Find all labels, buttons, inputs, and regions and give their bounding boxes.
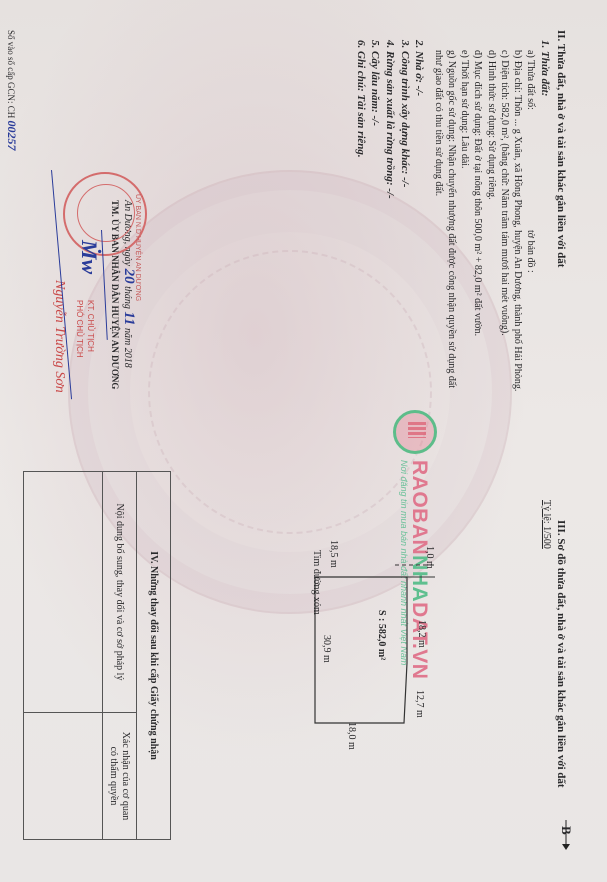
confirm-cell (24, 713, 103, 840)
parcel-heading: 1. Thửa đất: (539, 40, 551, 96)
dim-right-upper: 18,2 m (416, 620, 427, 648)
perennial-item: 5. Cây lâu năm: -/- (369, 40, 381, 126)
usage-origin: g) Nguồn gốc sử dụng: Nhận chuyển nhượng… (446, 50, 457, 388)
north-arrow: B (552, 820, 572, 850)
address: b) Địa chỉ: Thôn ... g Xuân, xã Hồng Pho… (512, 50, 523, 391)
certificate-page: II. Thửa đất, nhà ở và tài sản khác gắn … (0, 0, 607, 882)
section2-heading: II. Thửa đất, nhà ở và tài sản khác gắn … (555, 30, 567, 267)
watermark-logo-icon (393, 410, 437, 454)
forest-item: 4. Rừng sản xuất là rừng trồng: -/- (384, 40, 396, 199)
signature-mark: Ṁw (76, 240, 102, 274)
background-emblem-inner (148, 250, 432, 534)
sign-role1: KT. CHỦ TỊCH (86, 300, 95, 352)
road-label: Tim đường xóm (311, 550, 322, 615)
dim-offset: 1,0 m (424, 546, 435, 569)
construction-item: 3. Công trình xây dựng khác: -/- (399, 40, 411, 187)
registry-number: Số vào sổ cấp GCN: CH 00257 (4, 30, 19, 151)
note-item: 6. Ghi chú: Tài sản riêng. (355, 40, 367, 158)
north-label: B (558, 826, 574, 835)
section4-heading: IV. Những thay đổi sau khi cấp Giấy chứn… (137, 472, 171, 840)
usage-purpose: đ) Mục đích sử dụng: Đất ở tại nông thôn… (472, 50, 483, 336)
col-confirm-line1: Xác nhận của cơ quan (121, 732, 132, 821)
registry-value: 00257 (5, 121, 19, 151)
usage-term: e) Thời hạn sử dụng: Lâu dài. (459, 50, 470, 169)
stamp-text: ỦY BAN N.D HUYỆN AN DƯƠNG (134, 194, 141, 301)
parcel-number: a) Thửa đất số: (525, 50, 536, 110)
dim-top: 18,5 m (328, 540, 339, 568)
dim-bottom: 18,0 m (346, 722, 357, 750)
dim-left: 30,9 m (321, 635, 332, 663)
usage-form: d) Hình thức sử dụng: Sử dụng riêng. (486, 50, 497, 200)
usage-origin-cont: như giao đất có thu tiền sử dụng đất. (433, 50, 444, 196)
col-confirm-header: Xác nhận của cơ quan có thẩm quyền (103, 713, 137, 840)
scale-label: Tỷ lệ: 1/500 (541, 500, 552, 549)
registry-label: Số vào sổ cấp GCN: CH (6, 30, 16, 118)
month-label: tháng (122, 286, 133, 309)
sign-role2: PHÓ CHỦ TỊCH (75, 300, 84, 358)
house-item: 2. Nhà ở: -/- (413, 40, 425, 96)
section3-heading: III. Sơ đồ thửa đất, nhà ở và tài sản kh… (555, 520, 567, 788)
col-confirm-line2: có thẩm quyền (109, 747, 120, 806)
plot-area: S : 582,0 m² (376, 610, 387, 660)
map-sheet: tờ bản đồ : (525, 230, 536, 273)
dim-right-lower: 12,7 m (414, 690, 425, 718)
area-text: c) Diện tích: 582,0 m², (bằng chữ: Năm t… (499, 50, 510, 336)
content-cell (24, 472, 103, 713)
changes-table: IV. Những thay đổi sau khi cấp Giấy chứn… (23, 471, 171, 840)
col-content-header: Nội dung bổ sung, thay đổi và cơ sở pháp… (103, 472, 137, 713)
year-label: năm 2018 (122, 328, 133, 368)
date-month: 11 (121, 311, 137, 325)
